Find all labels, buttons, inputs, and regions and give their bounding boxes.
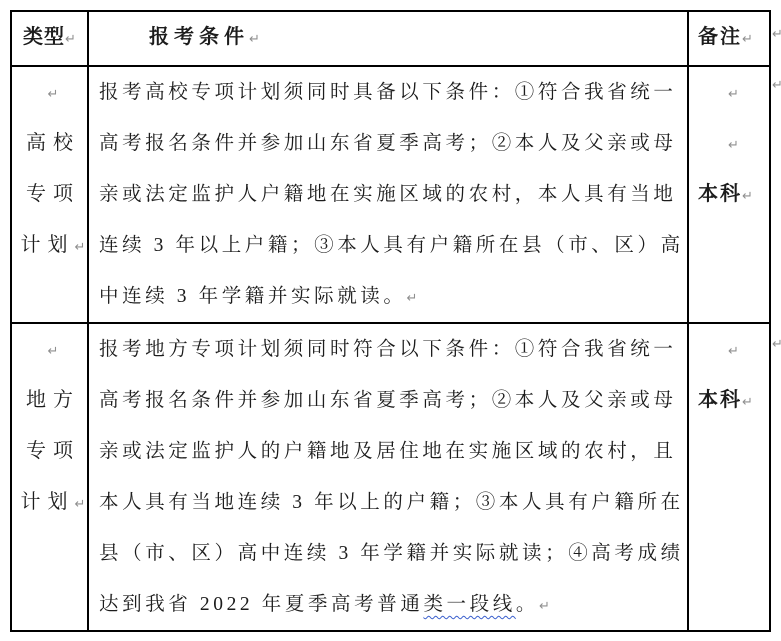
type-cell-local: ↵ 地方 专项 计划↵ [11,323,88,631]
condition-line: 亲或法定监护人的户籍地及居住地在实施区域的农村，且 [89,426,687,477]
type-label-line: 高校 [12,118,87,169]
paragraph-mark-icon: ↵ [65,32,76,47]
type-label-text: 计划 [21,491,75,513]
header-cell-remark: 备注↵ [688,11,770,66]
condition-line: 本人具有当地连续 3 年以上的户籍；③本人具有户籍所在 [89,477,687,528]
header-conditions-text: 报考条件 [149,26,249,48]
header-cell-type: 类型↵ [11,11,88,66]
condition-last-line: 达到我省 2022 年夏季高考普通类一段线。↵ [89,579,687,630]
empty-paragraph-line: ↵ [12,67,87,118]
grammar-squiggle-text: 类一段线 [423,594,515,615]
paragraph-mark-icon: ↵ [728,344,739,359]
condition-line: 高考报名条件并参加山东省夏季高考；②本人及父亲或母 [89,375,687,426]
type-label-line: 专项 [12,426,87,477]
condition-line: 报考地方专项计划须同时符合以下条件：①符合我省统一 [89,324,687,375]
conditions-cell-university: 报考高校专项计划须同时具备以下条件：①符合我省统一 高考报名条件并参加山东省夏季… [88,66,688,323]
paragraph-mark-icon: ↵ [742,189,753,204]
note-line: 本科↵ [689,375,769,426]
end-of-row-mark-icon: ↵ [772,337,781,352]
paragraph-mark-icon: ↵ [48,87,59,102]
condition-line-text: 中连续 3 年学籍并实际就读。 [99,286,407,307]
note-text: 本科 [698,183,742,205]
table-header-row: 类型↵ 报考条件↵ 备注↵ [11,11,770,66]
empty-paragraph-line: ↵ [689,324,769,375]
condition-line: 亲或法定监护人户籍地在实施区域的农村，本人具有当地 [89,169,687,220]
condition-line: 中连续 3 年学籍并实际就读。↵ [89,271,687,322]
end-of-row-mark-icon: ↵ [772,27,781,42]
header-conditions-label: 报考条件↵ [89,12,687,65]
table-row-university-special-plan: ↵ 高校 专项 计划↵ 报考高校专项计划须同时具备以下条件：①符合我省统一 高考… [11,66,770,323]
condition-line: 县（市、区）高中连续 3 年学籍并实际就读；④高考成绩 [89,528,687,579]
paragraph-mark-icon: ↵ [742,32,753,47]
paragraph-mark-icon: ↵ [75,240,86,255]
type-label-text: 计划 [21,234,75,256]
header-remark-text: 备注 [698,26,742,48]
type-label-line: 计划↵ [12,220,87,271]
paragraph-mark-icon: ↵ [75,497,86,512]
table-row-local-special-plan: ↵ 地方 专项 计划↵ 报考地方专项计划须同时符合以下条件：①符合我省统一 高考… [11,323,770,631]
empty-paragraph-line: ↵ [689,118,769,169]
paragraph-mark-icon: ↵ [728,87,739,102]
type-label-line: 计划↵ [12,477,87,528]
empty-paragraph-line: ↵ [689,67,769,118]
type-cell-university: ↵ 高校 专项 计划↵ [11,66,88,323]
paragraph-mark-icon: ↵ [728,138,739,153]
header-type-label: 类型↵ [12,12,87,65]
header-cell-conditions: 报考条件↵ [88,11,688,66]
conditions-cell-local: 报考地方专项计划须同时符合以下条件：①符合我省统一 高考报名条件并参加山东省夏季… [88,323,688,631]
header-remark-label: 备注↵ [689,12,769,65]
header-type-text: 类型 [23,26,65,48]
note-line: 本科↵ [689,169,769,220]
type-label-line: 地方 [12,375,87,426]
remark-cell-local: ↵ 本科↵ [688,323,770,631]
admission-conditions-table: 类型↵ 报考条件↵ 备注↵ ↵ 高校 专项 计划↵ 报考高校专项计划须同时具备以… [10,10,771,632]
paragraph-mark-icon: ↵ [407,291,418,306]
document-page: 类型↵ 报考条件↵ 备注↵ ↵ 高校 专项 计划↵ 报考高校专项计划须同时具备以… [0,0,781,641]
condition-line: 报考高校专项计划须同时具备以下条件：①符合我省统一 [89,67,687,118]
note-text: 本科 [698,389,742,411]
condition-line: 连续 3 年以上户籍；③本人具有户籍所在县（市、区）高 [89,220,687,271]
paragraph-mark-icon: ↵ [742,395,753,410]
condition-line-text: 达到我省 2022 年夏季高考普通 [99,594,423,615]
end-of-row-mark-icon: ↵ [772,78,781,93]
paragraph-mark-icon: ↵ [249,32,260,47]
paragraph-mark-icon: ↵ [539,599,550,614]
condition-line: 高考报名条件并参加山东省夏季高考；②本人及父亲或母 [89,118,687,169]
remark-cell-university: ↵ ↵ 本科↵ [688,66,770,323]
paragraph-mark-icon: ↵ [48,344,59,359]
type-label-line: 专项 [12,169,87,220]
condition-line-text: 。 [516,594,539,615]
empty-paragraph-line: ↵ [12,324,87,375]
